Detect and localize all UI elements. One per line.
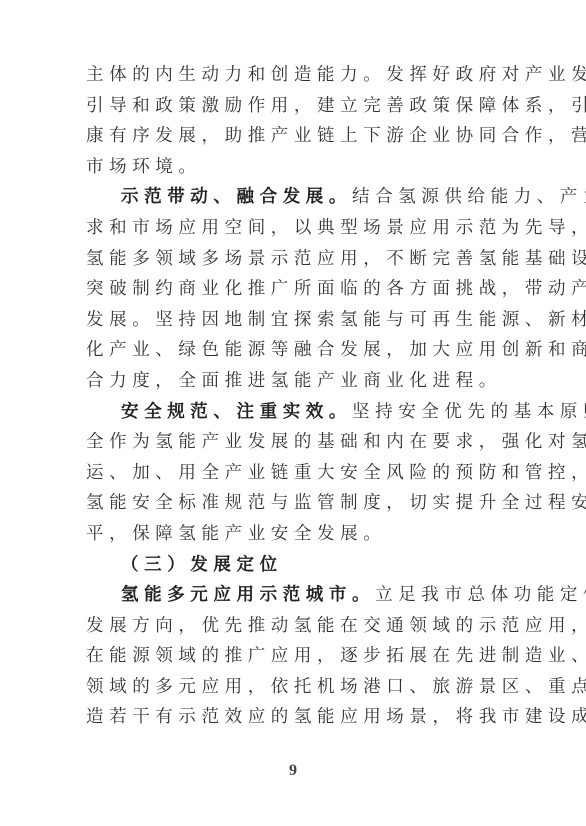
paragraph-lead-text: 立足我市总体功能定位和产业 bbox=[375, 585, 586, 605]
paragraph-start-positioning: 氢能多元应用示范城市。立足我市总体功能定位和产业 bbox=[86, 580, 510, 611]
paragraph-lead-bold: 氢能多元应用示范城市。 bbox=[121, 585, 375, 605]
text-line: 化产业、绿色能源等融合发展，加大应用创新和商业模式融 bbox=[86, 335, 510, 366]
paragraph-start-demonstration: 示范带动、融合发展。结合氢源供给能力、产业发展需 bbox=[86, 182, 510, 213]
paragraph-lead-bold: 示范带动、融合发展。 bbox=[121, 187, 352, 207]
text-line: 主体的内生动力和创造能力。发挥好政府对产业发展的规划、 bbox=[86, 60, 510, 91]
text-line: 平，保障氢能产业安全发展。 bbox=[86, 519, 510, 550]
paragraph-lead-text: 结合氢源供给能力、产业发展需 bbox=[352, 187, 586, 207]
text-line: 氢能安全标准规范与监管制度，切实提升全过程安全管理水 bbox=[86, 488, 510, 519]
text-line: 在能源领域的推广应用，逐步拓展在先进制造业、服务业等 bbox=[86, 641, 510, 672]
text-line: 氢能多领域多场景示范应用，不断完善氢能基础设施建设， bbox=[86, 244, 510, 275]
section-heading: （三）发展定位 bbox=[86, 550, 510, 581]
text-line: 全作为氢能产业发展的基础和内在要求，强化对氢能制、储、 bbox=[86, 427, 510, 458]
text-line: 引导和政策激励作用，建立完善政策保障体系，引导产业健 bbox=[86, 91, 510, 122]
text-line: 发展方向，优先推动氢能在交通领域的示范应用，积极开展 bbox=[86, 611, 510, 642]
text-line: 造若干有示范效应的氢能应用场景，将我市建设成为具有区 bbox=[86, 702, 510, 733]
text-line: 发展。坚持因地制宜探索氢能与可再生能源、新材料、数字 bbox=[86, 305, 510, 336]
paragraph-lead-bold: 安全规范、注重实效。 bbox=[121, 402, 352, 422]
text-line: 运、加、用全产业链重大安全风险的预防和管控，建立健全 bbox=[86, 458, 510, 489]
document-page: 主体的内生动力和创造能力。发挥好政府对产业发展的规划、 引导和政策激励作用，建立… bbox=[0, 0, 586, 826]
text-line: 市场环境。 bbox=[86, 152, 510, 183]
text-line: 突破制约商业化推广所面临的各方面挑战，带动产业规模化 bbox=[86, 274, 510, 305]
paragraph-lead-text: 坚持安全优先的基本原则，把安 bbox=[352, 402, 586, 422]
text-line: 合力度，全面推进氢能产业商业化进程。 bbox=[86, 366, 510, 397]
text-line: 康有序发展，助推产业链上下游企业协同合作，营造良好的 bbox=[86, 121, 510, 152]
text-line: 领域的多元应用，依托机场港口、旅游景区、重点园区等打 bbox=[86, 672, 510, 703]
body-text: 主体的内生动力和创造能力。发挥好政府对产业发展的规划、 引导和政策激励作用，建立… bbox=[86, 60, 510, 733]
text-line: 求和市场应用空间，以典型场景应用示范为先导，加快拓展 bbox=[86, 213, 510, 244]
paragraph-start-safety: 安全规范、注重实效。坚持安全优先的基本原则，把安 bbox=[86, 397, 510, 428]
page-number: 9 bbox=[0, 762, 586, 780]
